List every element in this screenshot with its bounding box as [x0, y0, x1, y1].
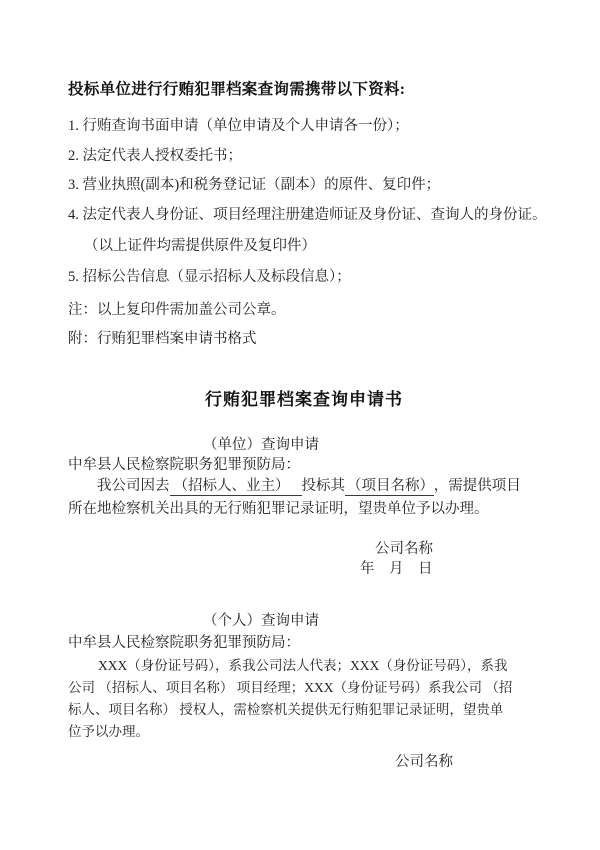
- unit-body-line-1: 我公司因去（招标人、业主）投标其（项目名称），需提供项目: [68, 477, 540, 496]
- individual-body-line-1: XXX（身份证号码），系我公司法人代表；XXX（身份证号码），系我: [68, 656, 540, 675]
- bidder-owner-blank: （招标人、业主）: [170, 478, 302, 496]
- unit-body-seg-2: 投标其: [302, 478, 346, 494]
- individual-body-line-2: 公司 （招标人、项目名称） 项目经理；XXX（身份证号码）系我公司 （招: [68, 678, 540, 697]
- stamp-note: 注：以上复印件需加盖公司公章。: [68, 301, 540, 320]
- checklist-item-4-note: （以上证件均需提供原件及复印件）: [68, 237, 540, 256]
- unit-body-seg-1: 我公司因去: [97, 478, 170, 494]
- unit-body-seg-3: ，需提供项目: [434, 478, 521, 494]
- attachment-note: 附：行贿犯罪档案申请书格式: [68, 330, 540, 349]
- application-title: 行贿犯罪档案查询申请书: [68, 390, 540, 409]
- document-page: 投标单位进行行贿犯罪档案查询需携带以下资料: 1. 行贿查询书面申请（单位申请及…: [0, 0, 600, 850]
- unit-salutation: 中牟县人民检察院职务犯罪预防局：: [68, 456, 540, 475]
- unit-section-heading: （单位）查询申请: [68, 436, 540, 455]
- checklist-item-3: 3. 营业执照(副本)和税务登记证（副本）的原件、复印件；: [68, 176, 540, 195]
- individual-body-line-3: 标人、项目名称） 授权人，需检察机关提供无行贿犯罪记录证明，望贵单: [68, 700, 540, 719]
- unit-signature-company: 公司名称: [375, 537, 433, 558]
- individual-salutation: 中牟县人民检察院职务犯罪预防局：: [68, 634, 540, 653]
- checklist-item-2: 2. 法定代表人授权委托书；: [68, 147, 540, 166]
- individual-body-line-4: 位予以办理。: [68, 722, 540, 741]
- checklist-title: 投标单位进行行贿犯罪档案查询需携带以下资料:: [68, 80, 540, 99]
- checklist-item-4: 4. 法定代表人身份证、项目经理注册建造师证及身份证、查询人的身份证。: [68, 206, 540, 225]
- unit-body-line-2: 所在地检察机关出具的无行贿犯罪记录证明，望贵单位予以办理。: [68, 500, 540, 519]
- checklist-item-1: 1. 行贿查询书面申请（单位申请及个人申请各一份）；: [68, 117, 540, 136]
- project-name-blank: （项目名称）: [345, 478, 434, 496]
- individual-section-heading: （个人）查询申请: [68, 612, 540, 631]
- checklist-item-5: 5. 招标公告信息（显示招标人及标段信息）；: [68, 268, 540, 287]
- unit-signature-date: 年 月 日: [360, 557, 433, 578]
- individual-signature-company: 公司名称: [395, 750, 453, 771]
